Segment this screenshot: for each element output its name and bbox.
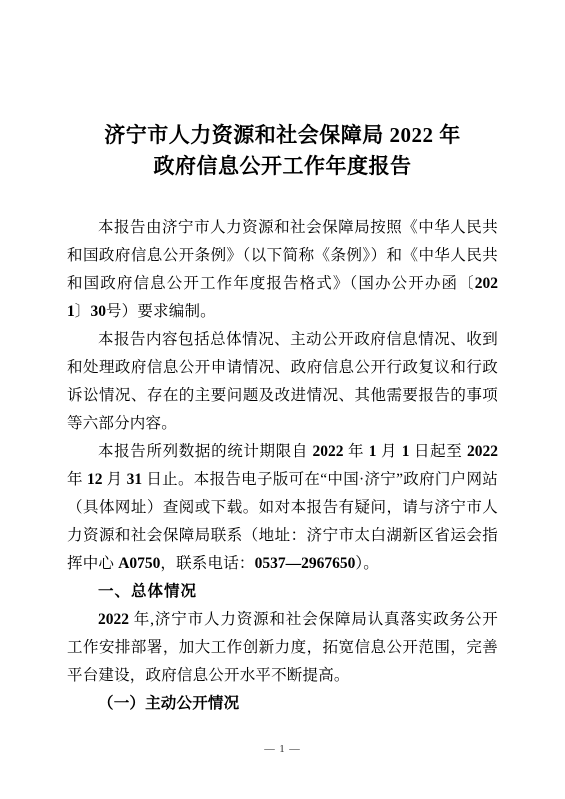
body-text: 年 (67, 471, 87, 488)
report-title-line-1: 济宁市人力资源和社会保障局 2022 年 (67, 120, 498, 151)
document-page: 济宁市人力资源和社会保障局 2022 年 政府信息公开工作年度报告 本报告由济宁… (0, 0, 565, 799)
bold-number-text: A0750 (118, 555, 160, 572)
body-text: 日起至 (409, 443, 467, 460)
bold-number-text: 2022 (98, 611, 129, 628)
paragraph: 本报告由济宁市人力资源和社会保障局按照《中华人民共和国政府信息公开条例》（以下简… (67, 214, 498, 326)
body-text: 〕 (75, 303, 91, 320)
page-number: — 1 — (0, 744, 565, 755)
bold-number-text: 2022 (313, 443, 344, 460)
bold-number-text: 30 (90, 303, 106, 320)
subsection-heading: （一）主动公开情况 (67, 690, 498, 718)
body-text: 本报告内容包括总体情况、主动公开政府信息情况、收到和处理政府信息公开申请情况、政… (67, 331, 498, 432)
report-title-line-2: 政府信息公开工作年度报告 (67, 151, 498, 182)
bold-number-text: 1 (369, 443, 377, 460)
body-text: ）。 (355, 555, 379, 572)
body-text: 年 (344, 443, 369, 460)
bold-number-text: 31 (127, 471, 143, 488)
bold-number-text: 12 (87, 471, 103, 488)
body-text: 本报告所列数据的统计期限自 (98, 443, 313, 460)
bold-number-text: 2022 (467, 443, 498, 460)
section-heading: 一、总体情况 (67, 578, 498, 606)
body-text: 月 (377, 443, 402, 460)
document-content: 济宁市人力资源和社会保障局 2022 年 政府信息公开工作年度报告 本报告由济宁… (67, 120, 498, 718)
body-text: 本报告由济宁市人力资源和社会保障局按照《中华人民共和国政府信息公开条例》（以下简… (67, 219, 498, 292)
paragraph: 本报告内容包括总体情况、主动公开政府信息情况、收到和处理政府信息公开申请情况、政… (67, 326, 498, 438)
body-text: 月 (103, 471, 127, 488)
body-text: 一、总体情况 (98, 583, 197, 600)
document-body: 本报告由济宁市人力资源和社会保障局按照《中华人民共和国政府信息公开条例》（以下简… (67, 214, 498, 718)
bold-number-text: 0537—2967650 (255, 555, 356, 572)
paragraph: 2022 年,济宁市人力资源和社会保障局认真落实政务公开工作安排部署，加大工作创… (67, 606, 498, 690)
report-title: 济宁市人力资源和社会保障局 2022 年 政府信息公开工作年度报告 (67, 120, 498, 182)
body-text: 号）要求编制。 (106, 303, 216, 320)
body-text: 年,济宁市人力资源和社会保障局认真落实政务公开工作安排部署，加大工作创新力度，拓… (67, 611, 498, 684)
body-text: ，联系电话： (160, 555, 254, 572)
paragraph: 本报告所列数据的统计期限自 2022 年 1 月 1 日起至 2022 年 12… (67, 438, 498, 578)
body-text: （一）主动公开情况 (98, 695, 239, 712)
